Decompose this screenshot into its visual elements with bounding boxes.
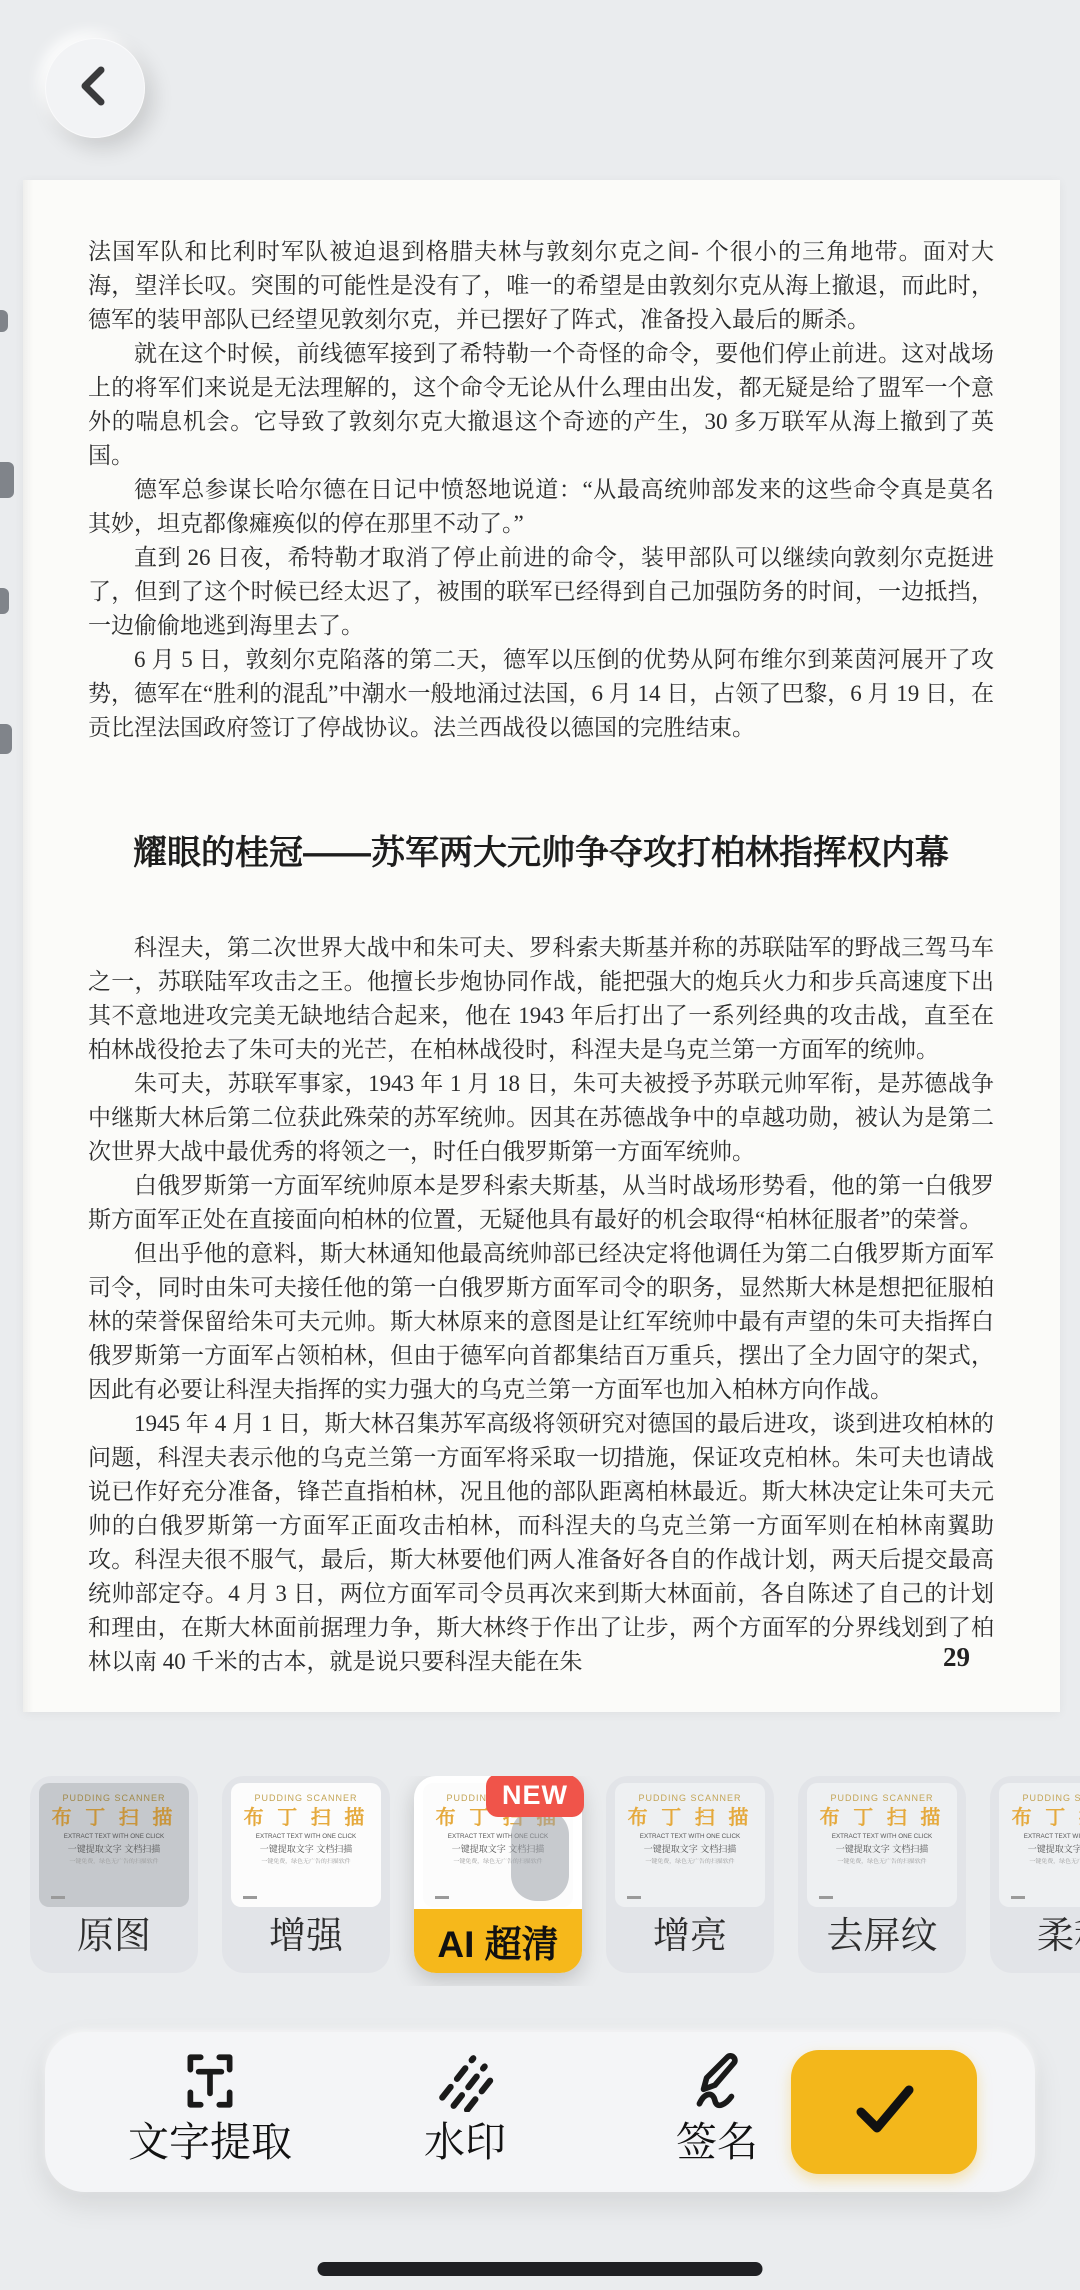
thumb-tagline: EXTRACT TEXT WITH ONE CLICK [1007,1832,1080,1842]
selected-filter-strip: AI 超清 [414,1909,582,1973]
thumb-tagline: EXTRACT TEXT WITH ONE CLICK [623,1832,758,1842]
paragraph: 白俄罗斯第一方面军统帅原本是罗科索夫斯基，从当时战场形势看，他的第一白俄罗斯方面… [88,1169,994,1237]
paragraph: 法国军队和比利时军队被迫退到格腊夫林与敦刻尔克之间- 个很小的三角地带。面对大海… [88,235,994,337]
filter-thumbnail: PUDDING SCANNER 布 丁 扫 描 EXTRACT TEXT WIT… [615,1783,765,1907]
thumb-brand-cn: 布 丁 扫 描 [615,1805,765,1831]
filter-card-original[interactable]: PUDDING SCANNER 布 丁 扫 描 EXTRACT TEXT WIT… [30,1776,198,1973]
thumb-tagline: EXTRACT TEXT WITH ONE CLICK [815,1832,950,1842]
thumb-dash [627,1896,641,1899]
thumb-brand-cn: 布 丁 扫 描 [39,1805,189,1831]
scan-edge-artifact [0,462,14,498]
paragraph: 就在这个时候，前线德军接到了希特勒一个奇怪的命令，要他们停止前进。这对战场上的将… [88,337,994,473]
thumb-brand-en: PUDDING SCANNER [999,1792,1080,1805]
thumb-brand-en: PUDDING SCANNER [231,1792,381,1805]
scan-edge-artifact [0,588,9,614]
confirm-button[interactable] [791,2050,977,2174]
bottom-toolbar: 文字提取 水印 签名 [45,2032,1035,2192]
thumb-dash [51,1896,65,1899]
thumb-dash [819,1896,833,1899]
paragraph: 德军总参谋长哈尔德在日记中愤怒地说道：“从最高统帅部发来的这些命令真是莫名其妙，… [88,473,994,541]
thumb-brand-en: PUDDING SCANNER [39,1792,189,1805]
tool-label: 水印 [424,2116,506,2168]
page-number: 29 [943,1642,970,1673]
scan-edge-artifact [0,724,12,754]
filter-label: 增亮 [606,1905,774,1959]
paragraph: 但出乎他的意料，斯大林通知他最高统帅部已经决定将他调任为第二白俄罗斯方面军司令，… [88,1237,994,1407]
document-text: 法国军队和比利时军队被迫退到格腊夫林与敦刻尔克之间- 个很小的三角地带。面对大海… [88,235,994,1679]
back-button[interactable] [45,38,145,138]
thumb-brand-cn: 布 丁 扫 描 [999,1805,1080,1831]
ocr-text-icon [179,2046,241,2116]
filter-thumbnail: PUDDING SCANNER 布 丁 扫 描 EXTRACT TEXT WIT… [999,1783,1080,1907]
home-indicator[interactable] [318,2262,763,2276]
paragraph: 直到 26 日夜，希特勒才取消了停止前进的命令，装甲部队可以继续向敦刻尔克挺进了… [88,541,994,643]
paragraph: 6 月 5 日，敦刻尔克陷落的第二天，德军以压倒的优势从阿布维尔到莱茵河展开了攻… [88,643,994,745]
thumb-line2: 一键免费，绿色无广告的扫描软件 [626,1857,754,1866]
filter-strip[interactable]: PUDDING SCANNER 布 丁 扫 描 EXTRACT TEXT WIT… [0,1776,1080,1986]
filter-label: 原图 [30,1905,198,1959]
paragraph: 朱可夫，苏联军事家，1943 年 1 月 18 日，朱可夫被授予苏联元帅军衔，是… [88,1067,994,1169]
new-badge: NEW [486,1776,584,1817]
filter-card-brighten[interactable]: PUDDING SCANNER 布 丁 扫 描 EXTRACT TEXT WIT… [606,1776,774,1973]
thumb-line1: 一键提取文字 文档扫描 [999,1842,1080,1856]
thumb-line1: 一键提取文字 文档扫描 [231,1842,381,1856]
thumb-line2: 一键免费，绿色无广告的扫描软件 [50,1857,178,1866]
filter-label: 去屏纹 [798,1905,966,1959]
thumb-tagline: EXTRACT TEXT WITH ONE CLICK [239,1832,374,1842]
thumb-dash [435,1896,449,1899]
thumb-brand-cn: 布 丁 扫 描 [807,1805,957,1831]
filter-thumbnail: PUDDING SCANNER 布 丁 扫 描 EXTRACT TEXT WIT… [807,1783,957,1907]
check-icon [847,2078,921,2147]
watermark-button[interactable]: 水印 [365,2046,565,2168]
thumb-line1: 一键提取文字 文档扫描 [39,1842,189,1856]
text-extract-button[interactable]: 文字提取 [110,2046,310,2168]
filter-thumbnail: PUDDING SCANNER 布 丁 扫 描 EXTRACT TEXT WIT… [231,1783,381,1907]
paragraph: 1945 年 4 月 1 日，斯大林召集苏军高级将领研究对德国的最后进攻，谈到进… [88,1407,994,1679]
thumb-tagline: EXTRACT TEXT WITH ONE CLICK [47,1832,182,1842]
thumb-line1: 一键提取文字 文档扫描 [615,1842,765,1856]
chevron-left-icon [73,64,117,113]
filter-label: AI 超清 [437,1914,558,1968]
paragraph: 科涅夫，第二次世界大战中和朱可夫、罗科索夫斯基并称的苏联陆军的野战三驾马车之一，… [88,931,994,1067]
filter-label: 增强 [222,1905,390,1959]
thumb-line2: 一键免费，绿色无广告的扫描软件 [1010,1857,1080,1866]
tool-label: 签名 [676,2116,758,2168]
signature-button[interactable]: 签名 [617,2046,817,2168]
filter-card-soften[interactable]: PUDDING SCANNER 布 丁 扫 描 EXTRACT TEXT WIT… [990,1776,1080,1973]
filter-card-descreen[interactable]: PUDDING SCANNER 布 丁 扫 描 EXTRACT TEXT WIT… [798,1776,966,1973]
thumb-line1: 一键提取文字 文档扫描 [807,1842,957,1856]
filter-thumbnail: PUDDING SCANNER 布 丁 扫 描 EXTRACT TEXT WIT… [39,1783,189,1907]
filter-card-ai-hd-selected[interactable]: PUDDING SCANNER 布 丁 扫 描 EXTRACT TEXT WIT… [414,1776,582,1973]
thumb-line2: 一键免费，绿色无广告的扫描软件 [818,1857,946,1866]
scan-edge-artifact [0,310,8,332]
thumb-brand-cn: 布 丁 扫 描 [231,1805,381,1831]
tool-label: 文字提取 [128,2116,292,2168]
filter-card-enhance[interactable]: PUDDING SCANNER 布 丁 扫 描 EXTRACT TEXT WIT… [222,1776,390,1973]
thumb-dash [243,1896,257,1899]
section-title: 耀眼的桂冠——苏军两大元帅争夺攻打柏林指挥权内幕 [88,833,994,873]
filter-label: 柔和 [990,1905,1080,1959]
thumb-dash [1011,1896,1025,1899]
thumb-line2: 一键免费，绿色无广告的扫描软件 [242,1857,370,1866]
thumb-ribbon [511,1809,569,1901]
scanned-document-page: 法国军队和比利时军队被迫退到格腊夫林与敦刻尔克之间- 个很小的三角地带。面对大海… [23,180,1060,1712]
watermark-icon [434,2046,496,2116]
signature-icon [686,2046,748,2116]
thumb-brand-en: PUDDING SCANNER [807,1792,957,1805]
thumb-brand-en: PUDDING SCANNER [615,1792,765,1805]
